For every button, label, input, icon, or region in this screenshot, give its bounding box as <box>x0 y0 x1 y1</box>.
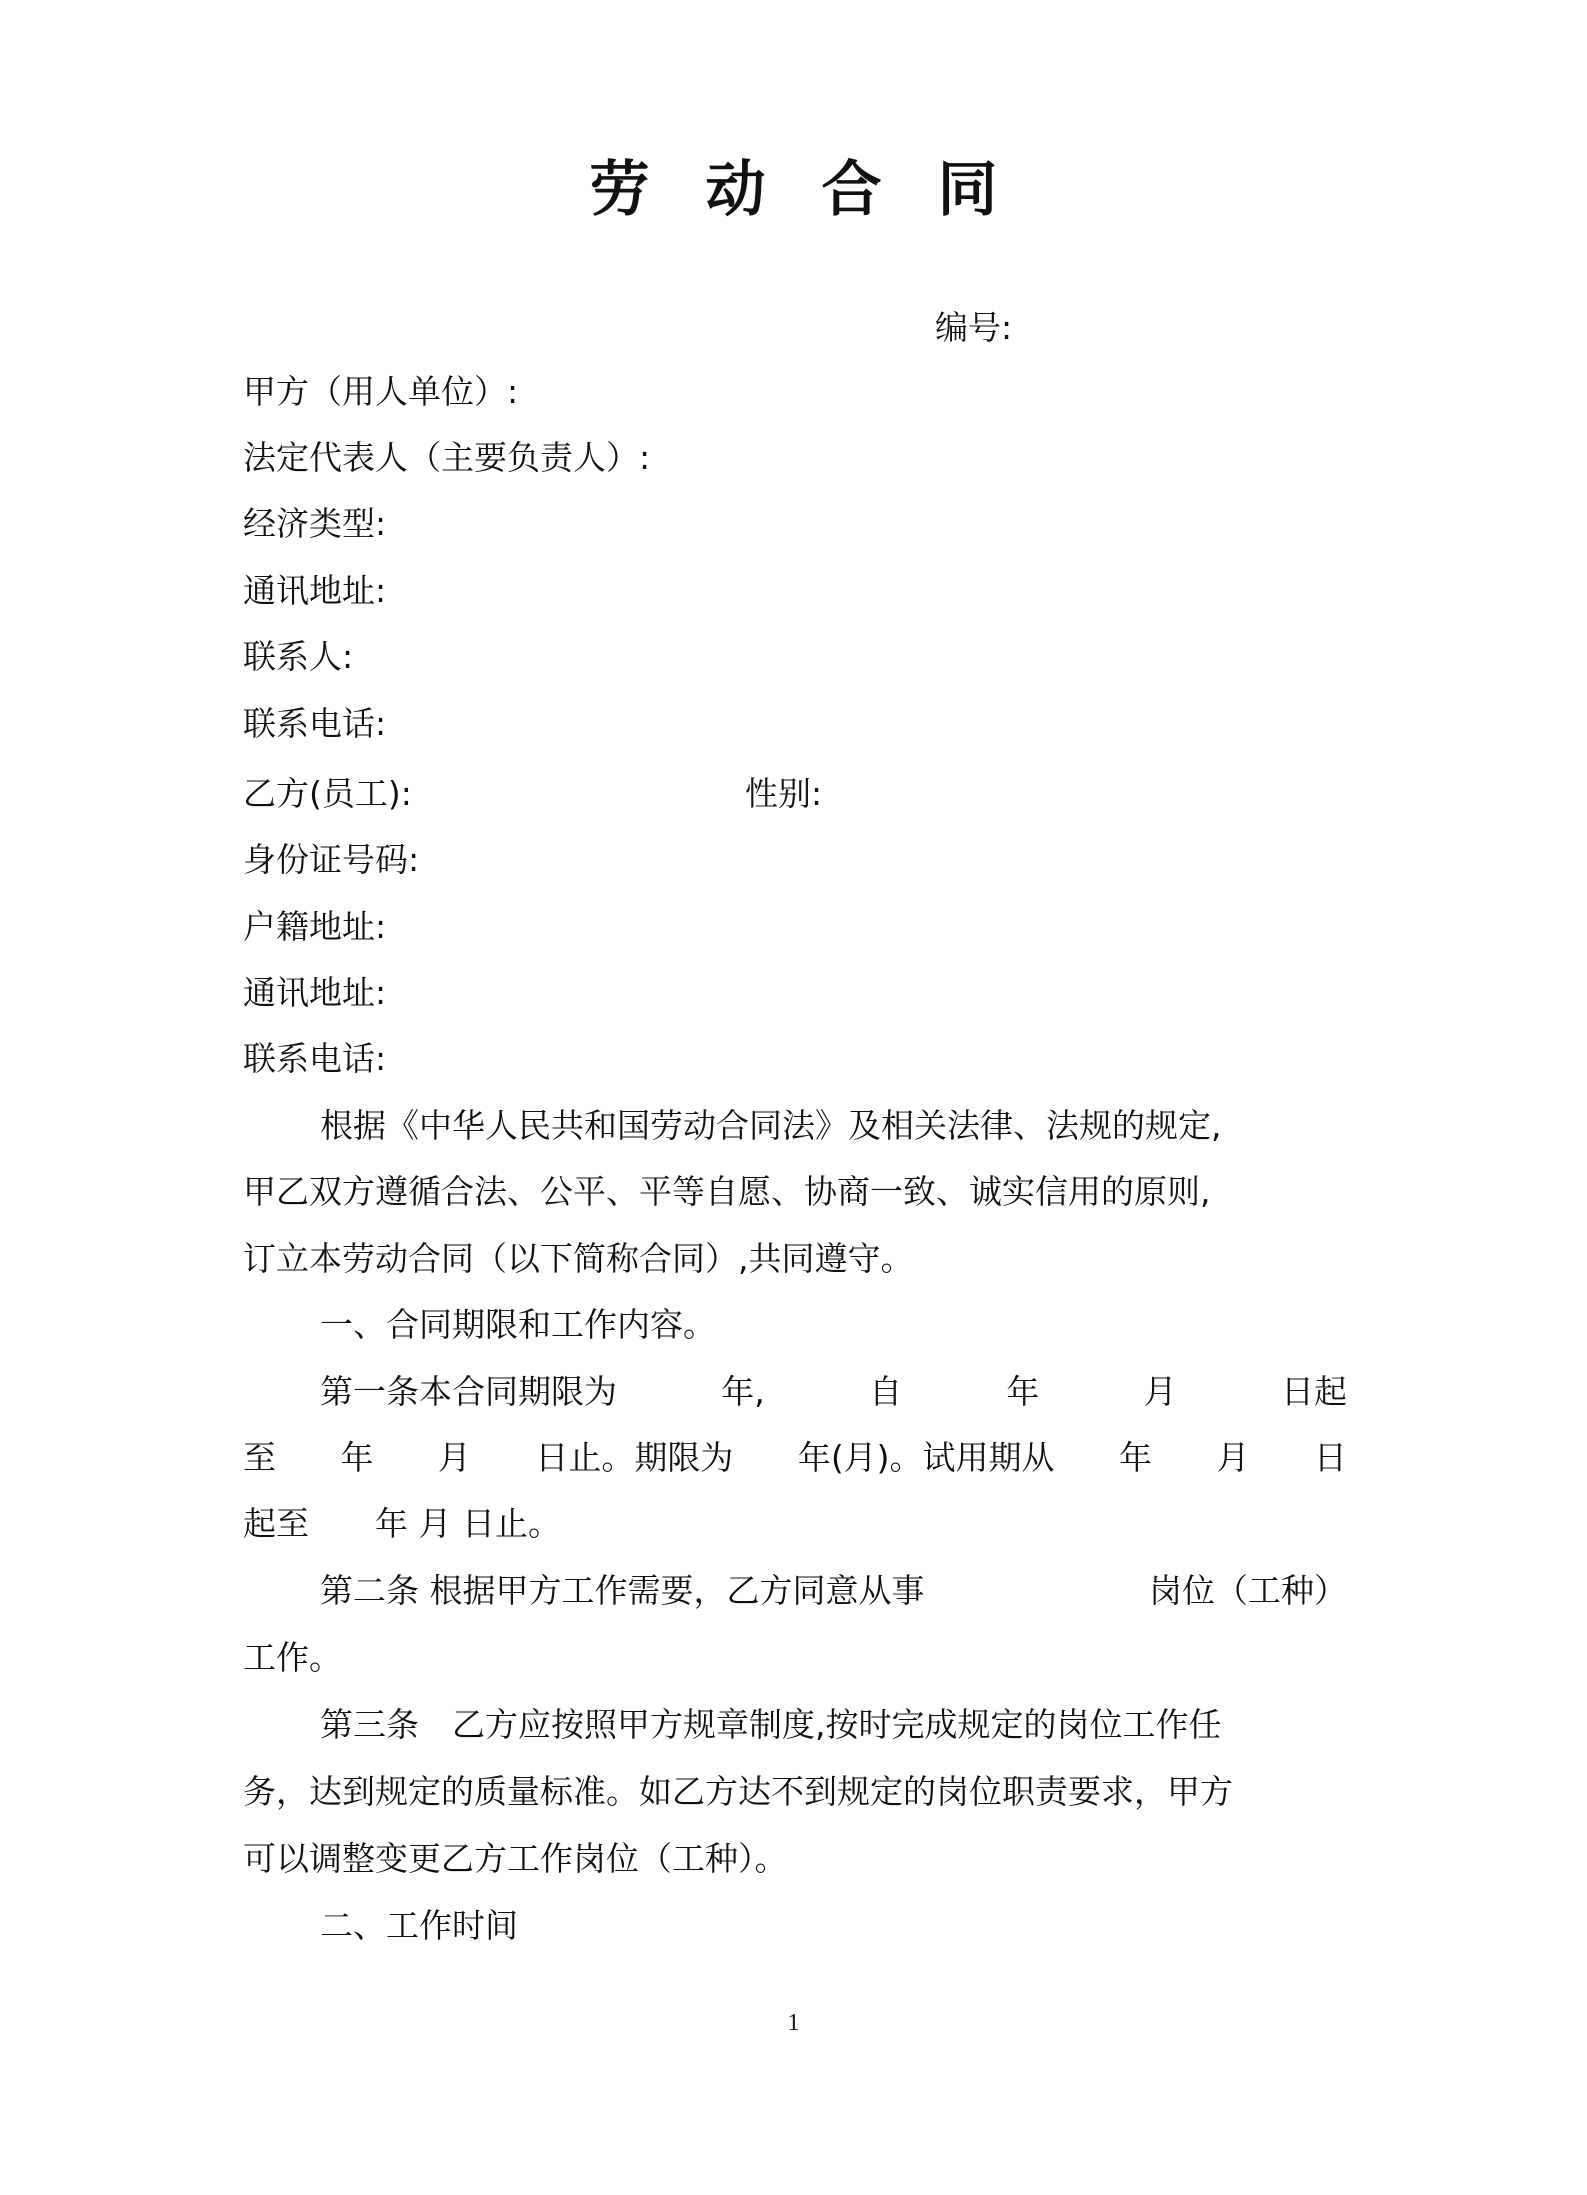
article-text: 第二条 根据甲方工作需要，乙方同意从事 <box>320 1569 925 1613</box>
article-text: 日 <box>1314 1436 1347 1480</box>
party-a-phone-field: 联系电话: <box>243 702 586 746</box>
section-1-heading: 一、合同期限和工作内容。 <box>320 1303 716 1347</box>
employer-value[interactable] <box>518 376 718 412</box>
field-label: 乙方(员工): <box>243 774 412 813</box>
article-3-line: 可以调整变更乙方工作岗位（工种）。 <box>243 1837 788 1881</box>
field-label: 身份证号码: <box>243 840 419 879</box>
id-number-value[interactable] <box>419 844 619 880</box>
document-page: 劳动合同 编号: 甲方（用人单位）: 法定代表人（主要负责人）: 经济类型: 通… <box>0 0 1587 2195</box>
party-b-name-field: 乙方(员工): <box>243 772 612 816</box>
article-2-line-2: 工作。 <box>243 1636 342 1680</box>
field-label: 经济类型: <box>243 504 386 543</box>
party-b-household-field: 户籍地址: <box>243 905 586 949</box>
article-1-line-3: 起至 年 月 日止。 <box>243 1502 561 1546</box>
party-b-id-field: 身份证号码: <box>243 838 619 882</box>
article-text: 岗位（工种） <box>1149 1569 1347 1613</box>
article-1-line-1: 第一条本合同期限为 年, 自 年 月 日起 <box>320 1370 1347 1414</box>
article-text: 年 <box>1119 1436 1152 1480</box>
title-char: 合 <box>822 150 882 230</box>
article-text: 至 <box>243 1436 276 1480</box>
field-label: 性别: <box>745 774 822 813</box>
article-2-line-1: 第二条 根据甲方工作需要，乙方同意从事 岗位（工种） <box>320 1569 1347 1613</box>
mailing-address-value[interactable] <box>386 977 586 1013</box>
article-text: 月 <box>1216 1436 1249 1480</box>
article-3-line: 务，达到规定的质量标准。如乙方达不到规定的岗位职责要求，甲方 <box>243 1770 1233 1814</box>
preamble-line: 根据《中华人民共和国劳动合同法》及相关法律、法规的规定, <box>320 1104 1222 1148</box>
article-text: 日起 <box>1281 1370 1347 1414</box>
party-b-address-field: 通讯地址: <box>243 971 586 1015</box>
party-a-contact-field: 联系人: <box>243 635 553 679</box>
party-a-legal-rep-field: 法定代表人（主要负责人）: <box>243 436 850 480</box>
party-b-phone-field: 联系电话: <box>243 1037 586 1081</box>
article-text: 日止。期限为 <box>535 1436 733 1480</box>
employee-name-value[interactable] <box>412 778 612 814</box>
party-a-address-field: 通讯地址: <box>243 569 586 613</box>
article-text: 自 <box>869 1370 902 1414</box>
field-label: 法定代表人（主要负责人）: <box>243 438 650 477</box>
document-title: 劳动合同 <box>0 150 1587 230</box>
phone-value[interactable] <box>386 708 586 744</box>
preamble-line: 甲乙双方遵循合法、公平、平等自愿、协商一致、诚实信用的原则, <box>243 1170 1211 1214</box>
serial-number-label: 编号: <box>935 306 1012 350</box>
article-text: 月 <box>438 1436 471 1480</box>
article-text: 年 <box>1006 1370 1039 1414</box>
legal-rep-value[interactable] <box>650 442 850 478</box>
article-text: 年 <box>340 1436 373 1480</box>
field-label: 甲方（用人单位）: <box>243 372 518 411</box>
field-label: 联系电话: <box>243 1039 386 1078</box>
article-1-line-2: 至 年 月 日止。期限为 年(月)。试用期从 年 月 日 <box>243 1436 1347 1480</box>
article-text: 第一条本合同期限为 <box>320 1370 617 1414</box>
field-label: 户籍地址: <box>243 907 386 946</box>
field-label: 联系电话: <box>243 704 386 743</box>
party-a-employer-field: 甲方（用人单位）: <box>243 370 718 414</box>
contact-value[interactable] <box>353 641 553 677</box>
article-3-line: 第三条 乙方应按照甲方规章制度,按时完成规定的岗位工作任 <box>320 1703 1222 1747</box>
household-address-value[interactable] <box>386 911 586 947</box>
address-value[interactable] <box>386 575 586 611</box>
title-char: 同 <box>938 150 998 230</box>
article-text: 月 <box>1144 1370 1177 1414</box>
article-text: 年, <box>721 1370 765 1414</box>
page-number: 1 <box>0 2010 1587 2037</box>
party-b-gender-field: 性别: <box>745 772 1022 816</box>
title-char: 动 <box>706 150 766 230</box>
field-label: 通讯地址: <box>243 571 386 610</box>
section-2-heading: 二、工作时间 <box>320 1904 518 1948</box>
preamble-line: 订立本劳动合同（以下简称合同）,共同遵守。 <box>243 1237 914 1281</box>
economic-type-value[interactable] <box>386 508 586 544</box>
title-char: 劳 <box>590 150 650 230</box>
party-a-economic-type-field: 经济类型: <box>243 502 586 546</box>
field-label: 联系人: <box>243 637 353 676</box>
article-text: 年(月)。试用期从 <box>798 1436 1055 1480</box>
gender-value[interactable] <box>822 778 1022 814</box>
field-label: 通讯地址: <box>243 973 386 1012</box>
employee-phone-value[interactable] <box>386 1043 586 1079</box>
